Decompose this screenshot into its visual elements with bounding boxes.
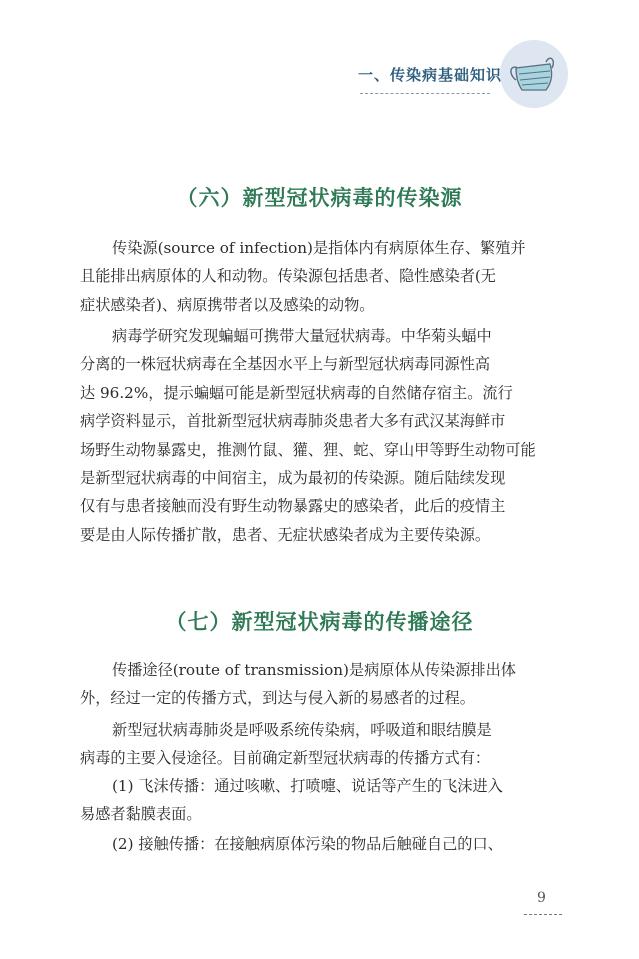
text-line: 外，经过一定的传播方式，到达与侵入新的易感者的过程。: [80, 684, 565, 712]
face-mask-icon: [500, 40, 568, 108]
paragraph: 新型冠状病毒肺炎是呼吸系统传染病，呼吸道和眼结膜是 病毒的主要入侵途径。目前确定…: [80, 716, 565, 773]
text-line: 传播途径(route of transmission)是病原体从传染源排出体: [80, 656, 565, 684]
text-line: 且能排出病原体的人和动物。传染源包括患者、隐性感染者(无: [80, 262, 565, 290]
text-line: 症状感染者)、病原携带者以及感染的动物。: [80, 291, 565, 319]
text-line: 场野生动物暴露史，推测竹鼠、獾、狸、蛇、穿山甲等野生动物可能: [80, 436, 565, 464]
text-line: 新型冠状病毒肺炎是呼吸系统传染病，呼吸道和眼结膜是: [80, 716, 565, 744]
chapter-title: 一、传染病基础知识: [358, 64, 502, 85]
text-line: 分离的一株冠状病毒在全基因水平上与新型冠状病毒同源性高: [80, 350, 565, 378]
header-divider: [360, 93, 490, 94]
text-line: 达 96.2%，提示蝙蝠可能是新型冠状病毒的自然储存宿主。流行: [80, 379, 565, 407]
text-line: 易感者黏膜表面。: [80, 800, 565, 828]
text-line: 要是由人际传播扩散，患者、无症状感染者成为主要传染源。: [80, 521, 565, 549]
section-heading-7: （七）新型冠状病毒的传播途径: [0, 606, 639, 636]
paragraph: (1) 飞沫传播：通过咳嗽、打喷嚏、说话等产生的飞沫进入 易感者黏膜表面。: [80, 772, 565, 829]
text-line: (1) 飞沫传播：通过咳嗽、打喷嚏、说话等产生的飞沫进入: [80, 772, 565, 800]
text-line: 仅有与患者接触而没有野生动物暴露史的感染者，此后的疫情主: [80, 492, 565, 520]
paragraph: 病毒学研究发现蝙蝠可携带大量冠状病毒。中华菊头蝠中 分离的一株冠状病毒在全基因水…: [80, 322, 565, 549]
paragraph: 传播途径(route of transmission)是病原体从传染源排出体 外…: [80, 656, 565, 713]
text-line: 病毒学研究发现蝙蝠可携带大量冠状病毒。中华菊头蝠中: [80, 322, 565, 350]
footer-divider: [524, 914, 562, 915]
paragraph: (2) 接触传播：在接触病原体污染的物品后触碰自己的口、: [80, 830, 565, 858]
section-heading-6: （六）新型冠状病毒的传染源: [0, 182, 639, 212]
text-line: 是新型冠状病毒的中间宿主，成为最初的传染源。随后陆续发现: [80, 464, 565, 492]
text-line: 传染源(source of infection)是指体内有病原体生存、繁殖并: [80, 234, 565, 262]
page-number: 9: [537, 890, 546, 906]
text-line: 病毒的主要入侵途径。目前确定新型冠状病毒的传播方式有：: [80, 744, 565, 772]
text-line: 病学资料显示，首批新型冠状病毒肺炎患者大多有武汉某海鲜市: [80, 407, 565, 435]
text-line: (2) 接触传播：在接触病原体污染的物品后触碰自己的口、: [80, 830, 565, 858]
paragraph: 传染源(source of infection)是指体内有病原体生存、繁殖并 且…: [80, 234, 565, 319]
